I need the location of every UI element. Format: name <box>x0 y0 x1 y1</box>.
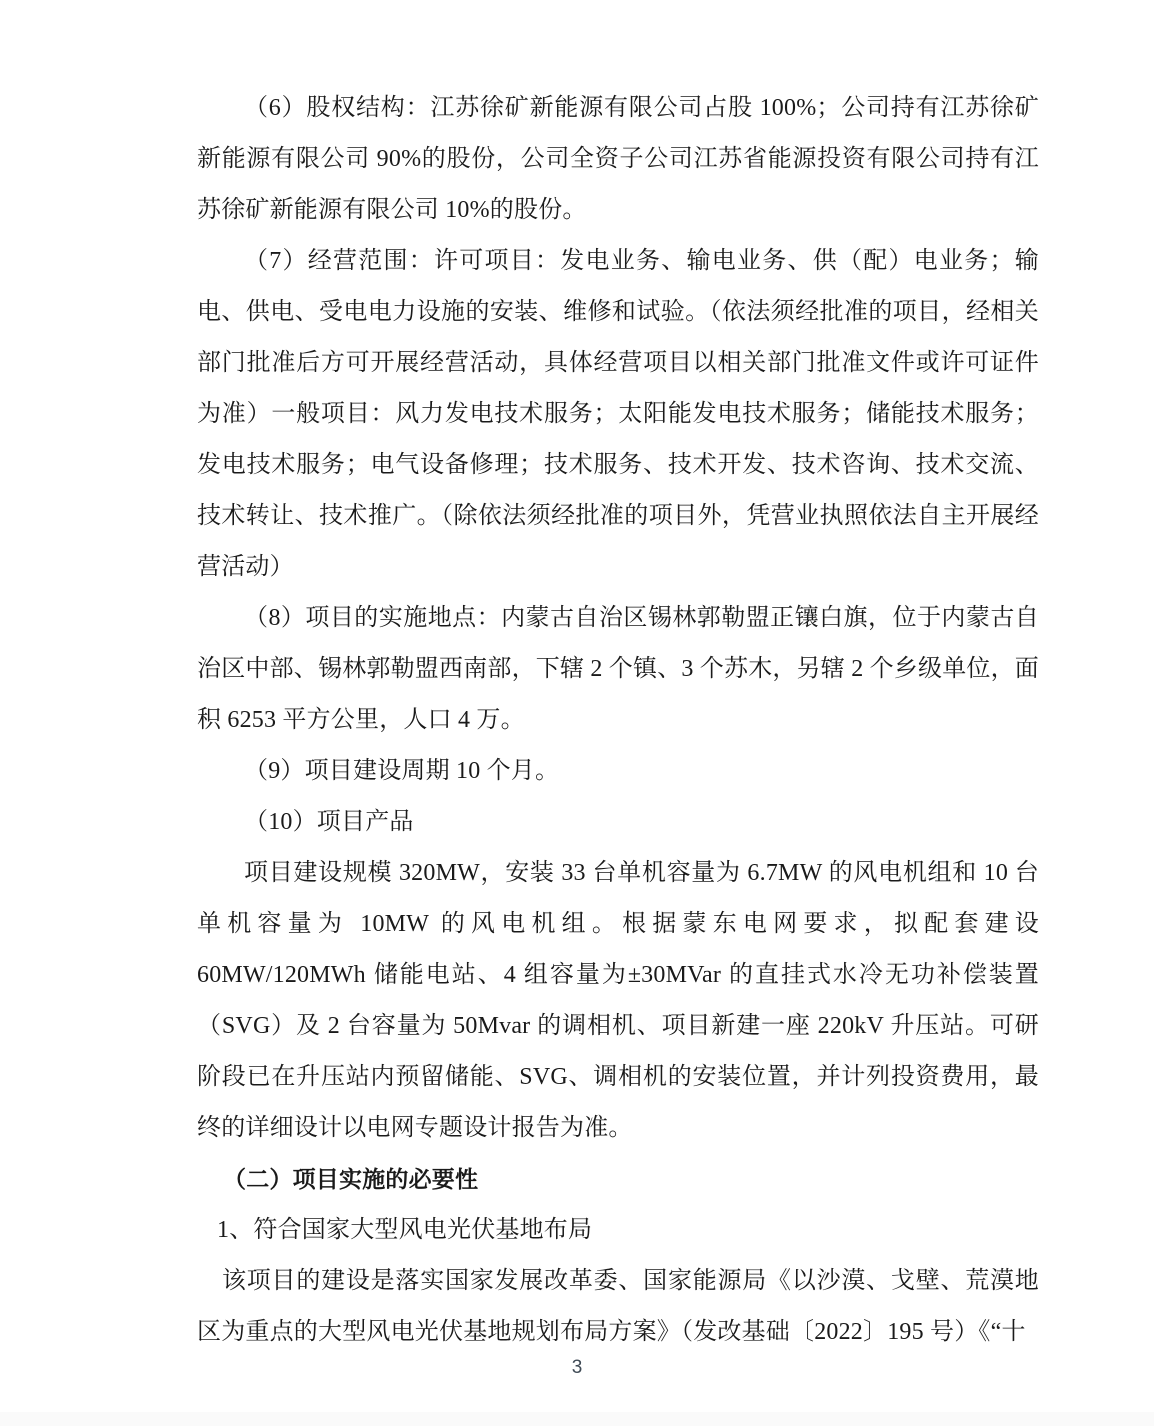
heading-national-base-layout: 1、符合国家大型风电光伏基地布局 <box>197 1205 1039 1256</box>
para-construction-period: （9）项目建设周期 10 个月。 <box>197 746 1039 797</box>
document-page: （6）股权结构：江苏徐矿新能源有限公司占股 100%；公司持有江苏徐矿新能源有限… <box>0 0 1154 1426</box>
page-number: 3 <box>0 1356 1154 1380</box>
para-national-base-body: 该项目的建设是落实国家发展改革委、国家能源局《以沙漠、戈壁、荒漠地区为重点的大型… <box>197 1256 1039 1358</box>
para-equity-structure: （6）股权结构：江苏徐矿新能源有限公司占股 100%；公司持有江苏徐矿新能源有限… <box>197 83 1039 236</box>
page-bottom-strip <box>0 1412 1154 1426</box>
para-business-scope: （7）经营范围：许可项目：发电业务、输电业务、供（配）电业务；输电、供电、受电电… <box>197 236 1039 593</box>
document-text-block: （6）股权结构：江苏徐矿新能源有限公司占股 100%；公司持有江苏徐矿新能源有限… <box>197 83 1039 1358</box>
para-project-scale: 项目建设规模 320MW，安装 33 台单机容量为 6.7MW 的风电机组和 1… <box>197 848 1039 1154</box>
heading-project-necessity: （二）项目实施的必要性 <box>197 1154 1039 1205</box>
para-project-product: （10）项目产品 <box>197 797 1039 848</box>
para-implementation-location: （8）项目的实施地点：内蒙古自治区锡林郭勒盟正镶白旗，位于内蒙古自治区中部、锡林… <box>197 593 1039 746</box>
